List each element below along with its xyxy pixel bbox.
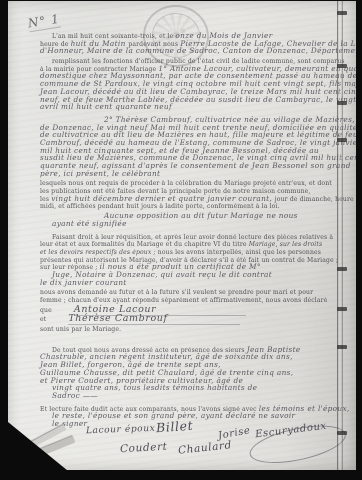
binding-stitch: [337, 101, 347, 105]
handwritten-text: père, ici présent, le célébrant: [40, 169, 160, 178]
binding-stitch: [337, 138, 347, 142]
handwritten-text: Thérèse Cambrouf: [68, 314, 240, 325]
printed-text: et: [40, 316, 46, 323]
binding-stitch: [337, 307, 347, 311]
printed-text: sur les droits: [280, 241, 323, 248]
handwritten-text: ayant été signifiée: [52, 219, 127, 228]
printed-text: Faisant droit à leur réquisition, et apr…: [52, 234, 333, 241]
document-line: Jean Billet, forgeron, âgé de trente sep…: [40, 358, 340, 366]
binding-edge: [337, 1, 343, 470]
binding-stitch: [337, 11, 347, 15]
document-text: L'an mil huit cent soixante-trois, et le…: [40, 29, 340, 425]
printed-text: Mariage: [249, 241, 276, 248]
document-line: Faisant droit à leur réquisition, et apr…: [40, 230, 340, 238]
printed-text: lesquels nous ont requis de procéder à l…: [40, 180, 332, 187]
handwritten-text: Sadroc ——: [52, 391, 98, 400]
handwritten-text: le reste, l'épouse et son grand père, ay…: [52, 411, 295, 420]
printed-text: les: [40, 196, 51, 203]
document-line: Aucune opposition au dit futur Mariage n…: [104, 209, 340, 217]
printed-text: nous les avons interpellés, ainsi que le…: [156, 249, 321, 256]
register-paper: N° 1 L'an mil huit cent soixante-trois, …: [8, 1, 356, 470]
document-line: remplissant les fonctions d'officier pub…: [40, 54, 340, 62]
handwritten-text: vingt huit décembre dernier et quatre ja…: [51, 194, 275, 203]
printed-text: sont unis par le Mariage.: [40, 326, 121, 333]
printed-text: nous avons demandé au futur et à la futu…: [40, 289, 313, 296]
binding-stitch: [337, 431, 347, 435]
document-line: susdit lieu de Mazières, commune de Donz…: [40, 151, 340, 159]
handwritten-text: avril mil huit cent quarante neuf: [40, 102, 172, 111]
document-line: Juge, Notaire à Donzenac, qui avait reçu…: [40, 268, 340, 276]
binding-stitch: [337, 345, 347, 349]
document-line: de cultivatrice au dit lieu de Mazières …: [40, 128, 340, 136]
handwritten-text: le dix janvier courant: [40, 278, 127, 287]
document-line: commune de St Pardoux, le vingt cinq oct…: [40, 77, 340, 85]
signature: Jorise: [217, 425, 251, 442]
document-line: d'Honneur, Maire de la commune de Sadroc…: [40, 44, 340, 52]
printed-text: et les devoirs respectifs des époux ;: [40, 249, 156, 256]
printed-text: que: [40, 307, 52, 314]
document-line: domestique chez Mayssonnant, par acte de…: [40, 69, 340, 77]
printed-text: jour de dimanche, heure de: [275, 196, 356, 203]
document-line: Et lecture faite dudit acte aux comparan…: [40, 402, 340, 410]
document-line: Cambrouf, décédé au hameau de l'Estang, …: [40, 136, 340, 144]
printed-text: leur état et aux formalités du Mariage e…: [40, 241, 249, 248]
binding-stitch: [337, 267, 347, 271]
document-line: etThérèse Cambrouf: [40, 312, 340, 320]
binding-stitch: [337, 64, 347, 68]
document-line: 2° Thérèse Cambrouf, cultivatrice née au…: [104, 113, 340, 121]
signature: Chaulard: [178, 439, 233, 457]
printed-text: midi, et affichées pendant huit jours à …: [40, 203, 280, 210]
handwritten-text: d'Honneur, Maire de la commune de Sadroc…: [40, 46, 356, 55]
document-line: quarante neuf, agissant d'après le conse…: [40, 159, 340, 167]
scanned-document-page: N° 1 L'an mil huit cent soixante-trois, …: [0, 0, 362, 480]
document-line: vingt quatre ans, tous lesdits témoins h…: [40, 381, 340, 389]
document-line: L'an mil huit cent soixante-trois, et le…: [40, 29, 340, 37]
printed-text: femme ; chacun d'eux ayant répondu sépar…: [40, 297, 327, 304]
signature: Coudert: [120, 441, 168, 455]
document-line: De tout quoi nous avons dressé acte en p…: [40, 343, 340, 351]
signature: Lacour époux: [86, 424, 156, 436]
handwritten-text: Aucune opposition au dit futur Mariage n…: [104, 211, 298, 220]
